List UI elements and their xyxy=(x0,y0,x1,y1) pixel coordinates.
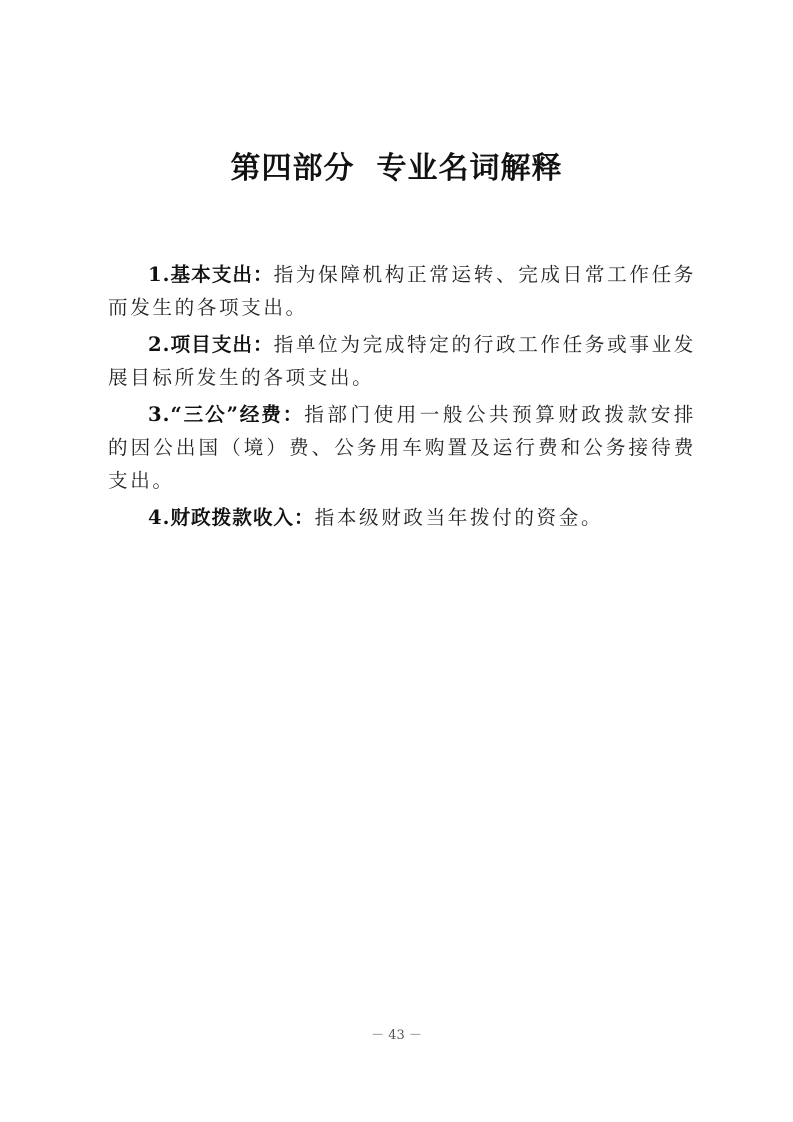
definitions-list: 1.基本支出：指为保障机构正常运转、完成日常工作任务而发生的各项支出。 2.项目… xyxy=(108,258,696,538)
page-number: － 43 － xyxy=(0,1024,793,1043)
page-title: 第四部分专业名词解释 xyxy=(0,143,793,187)
definition-term: 4.财政拨款收入： xyxy=(148,506,315,529)
definition-three-public-expenses: 3.“三公”经费：指部门使用一般公共预算财政拨款安排的因公出国（境）费、公务用车… xyxy=(108,398,696,497)
definition-project-expenditure: 2.项目支出：指单位为完成特定的行政工作任务或事业发展目标所发生的各项支出。 xyxy=(108,328,696,394)
definition-term: 1.基本支出： xyxy=(148,263,274,286)
title-part: 第四部分 xyxy=(231,151,355,186)
title-name: 专业名词解释 xyxy=(377,151,563,186)
definition-term: 2.项目支出： xyxy=(148,333,274,356)
definition-basic-expenditure: 1.基本支出：指为保障机构正常运转、完成日常工作任务而发生的各项支出。 xyxy=(108,258,696,324)
definition-term: 3.“三公”经费： xyxy=(148,403,304,426)
definition-fiscal-appropriation-income: 4.财政拨款收入：指本级财政当年拨付的资金。 xyxy=(108,501,696,534)
definition-text: 指本级财政当年拨付的资金。 xyxy=(315,506,604,529)
